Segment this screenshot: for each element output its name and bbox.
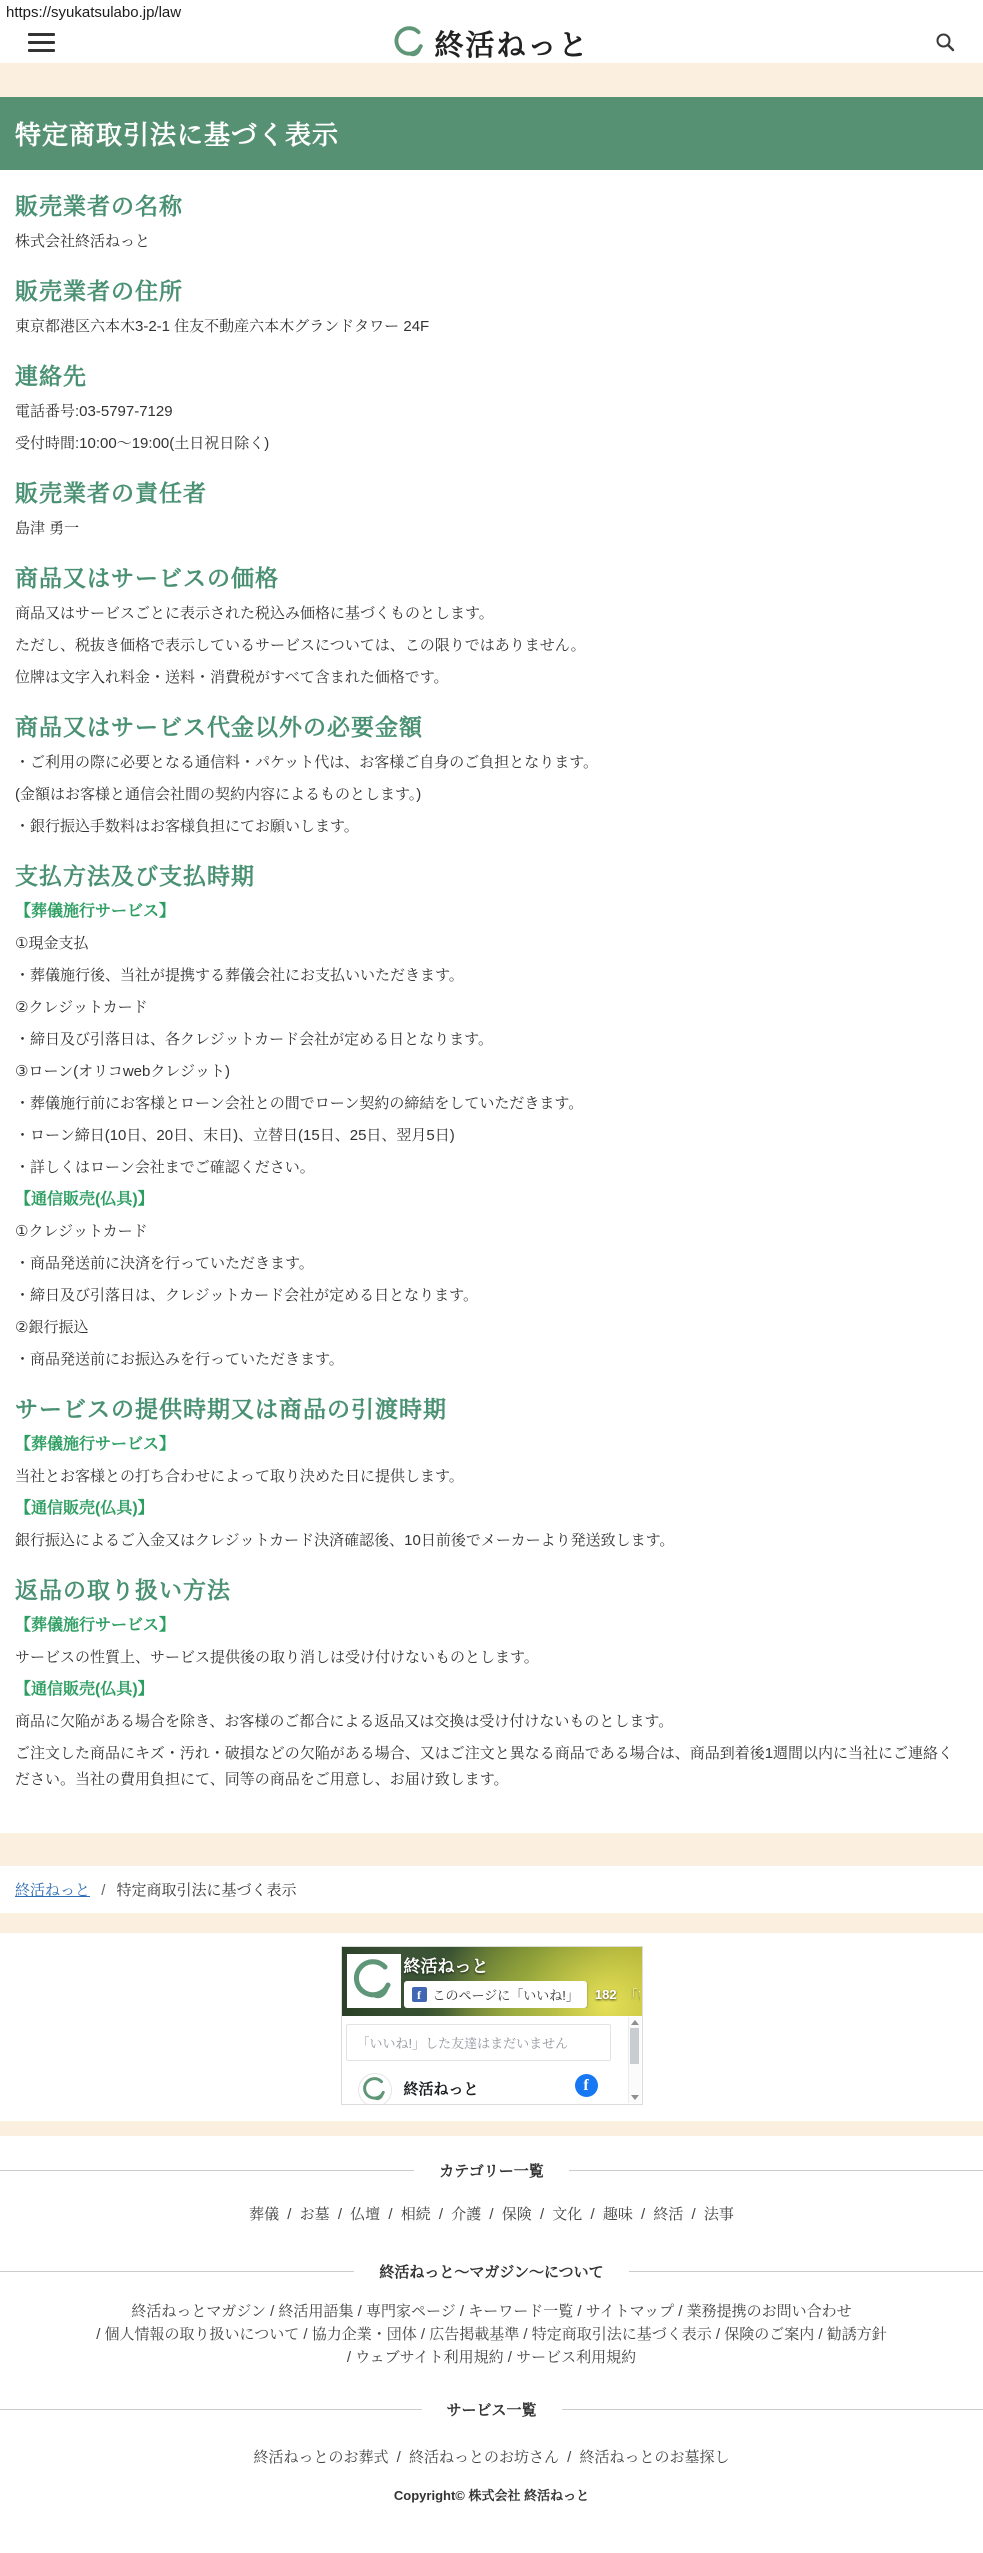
sub-heading: 【通信販売(仏具)】 <box>15 1187 968 1213</box>
body-text: ・締日及び引落日は、クレジットカード会社が定める日となります。 <box>15 1283 968 1309</box>
facebook-mini-avatar <box>358 2073 392 2105</box>
hamburger-icon <box>28 33 55 36</box>
separator: / <box>692 2206 696 2223</box>
footer-category-link[interactable]: お墓 <box>300 2206 330 2223</box>
body-text: 商品に欠陥がある場合を除き、お客様のご都合による返品又は交換は受け付けないものと… <box>15 1709 968 1735</box>
body-text: ・ローン締日(10日、20日、末日)、立替日(15日、25日、翌月5日) <box>15 1123 968 1149</box>
body-text: 商品又はサービスごとに表示された税込み価格に基づくものとします。 <box>15 601 968 627</box>
facebook-page-avatar <box>347 1954 401 2008</box>
divider-line <box>0 2170 414 2171</box>
logo-circle-icon <box>393 26 427 60</box>
site-logo[interactable]: 終活ねっと <box>393 23 589 64</box>
facebook-bottom-row: 終活ねっと f <box>346 2069 642 2105</box>
section-heading: 返品の取り扱い方法 <box>15 1575 968 1605</box>
body-text: ②銀行振込 <box>15 1315 968 1341</box>
footer-category-link[interactable]: 法事 <box>704 2206 734 2223</box>
separator: / <box>590 2206 594 2223</box>
section-heading: 販売業者の責任者 <box>15 478 968 508</box>
body-text: 位牌は文字入れ料金・送料・消費税がすべて含まれた価格です。 <box>15 665 968 691</box>
body-text: ・商品発送前にお振込みを行っていただきます。 <box>15 1347 968 1373</box>
logo-text: 終活ねっと <box>434 23 589 64</box>
logo-circle-icon <box>352 1959 396 2003</box>
footer-categories-row: 葬儀 / お墓 / 仏壇 / 相続 / 介護 / 保険 / 文化 / 趣味 / … <box>0 2203 983 2224</box>
footer-category-link[interactable]: 終活 <box>653 2206 683 2223</box>
body-text: ・詳しくはローン会社までご確認ください。 <box>15 1155 968 1181</box>
page-url-caption: https://syukatsulabo.jp/law <box>0 0 983 23</box>
body-text: ご注文した商品にキズ・汚れ・破損などの欠陥がある場合、又はご注文と異なる商品であ… <box>15 1741 968 1793</box>
divider-line <box>569 2170 983 2171</box>
facebook-like-count: 182 <box>595 1987 617 2002</box>
footer-magazine-title: 終活ねっと〜マガジン〜について <box>354 2261 628 2282</box>
cream-strip-above-breadcrumb <box>0 1833 983 1866</box>
facebook-like-row: f このページに「いいね!」 182 「い <box>404 1981 640 2008</box>
footer-category-link[interactable]: 仏壇 <box>350 2206 380 2223</box>
facebook-round-icon[interactable]: f <box>575 2074 598 2097</box>
footer-magazine-line[interactable]: / 個人情報の取り扱いについて / 協力企業・団体 / 広告掲載基準 / 特定商… <box>27 2323 957 2346</box>
section-heading: 商品又はサービスの価格 <box>15 563 968 593</box>
body-text: 電話番号:03-5797-7129 <box>15 399 968 425</box>
hamburger-icon <box>28 49 55 52</box>
facebook-no-friends-box: 「いいね!」した友達はまだいません <box>346 2024 611 2061</box>
body-text: 株式会社終活ねっと <box>15 229 968 255</box>
breadcrumb: 終活ねっと / 特定商取引法に基づく表示 <box>0 1866 983 1913</box>
body-text: ③ローン(オリコwebクレジット) <box>15 1059 968 1085</box>
facebook-like-button[interactable]: f このページに「いいね!」 <box>404 1981 587 2008</box>
facebook-plugin-wrapper: 終活ねっと f このページに「いいね!」 182 「い 「いいね!」した友達はま… <box>0 1933 983 2105</box>
hamburger-icon <box>28 41 55 44</box>
facebook-f-icon: f <box>412 1987 427 2002</box>
body-text: 受付時間:10:00〜19:00(土日祝日除く) <box>15 431 968 457</box>
breadcrumb-current: 特定商取引法に基づく表示 <box>117 1882 297 1899</box>
scrollbar-up-arrow-icon[interactable] <box>631 2020 639 2025</box>
footer-category-link[interactable]: 文化 <box>552 2206 582 2223</box>
footer-magazine-line[interactable]: / ウェブサイト利用規約 / サービス利用規約 <box>27 2346 957 2369</box>
site-header: 終活ねっと <box>0 23 983 63</box>
separator: / <box>489 2206 493 2223</box>
facebook-like-count-suffix: 「い <box>625 1985 640 2004</box>
separator: / <box>540 2206 544 2223</box>
separator: / <box>439 2206 443 2223</box>
sub-heading: 【葬儀施行サービス】 <box>15 1613 968 1639</box>
footer-category-link[interactable]: 介護 <box>451 2206 481 2223</box>
sub-heading: 【葬儀施行サービス】 <box>15 899 968 925</box>
footer-category-link[interactable]: 相続 <box>401 2206 431 2223</box>
section-heading: 販売業者の名称 <box>15 191 968 221</box>
footer-service-link[interactable]: 終活ねっとのお坊さん <box>409 2449 559 2466</box>
facebook-page-name[interactable]: 終活ねっと <box>404 1952 489 1977</box>
facebook-like-label: このページに「いいね!」 <box>433 1985 579 2004</box>
footer-service-link[interactable]: 終活ねっとのお葬式 <box>253 2449 388 2466</box>
section-heading: 連絡先 <box>15 361 968 391</box>
copyright-notice: Copyright© 株式会社 終活ねっと <box>0 2485 983 2504</box>
page-title: 特定商取引法に基づく表示 <box>15 115 339 152</box>
footer-category-link[interactable]: 趣味 <box>603 2206 633 2223</box>
logo-circle-icon <box>362 2077 388 2103</box>
footer-services-row: 終活ねっとのお葬式 / 終活ねっとのお坊さん / 終活ねっとのお墓探し <box>0 2446 983 2467</box>
footer-categories-title: カテゴリー一覧 <box>414 2160 568 2181</box>
facebook-scrollbar[interactable] <box>628 2017 641 2103</box>
page: https://syukatsulabo.jp/law 終活ねっと <box>0 0 983 2553</box>
body-text: ①クレジットカード <box>15 1219 968 1245</box>
body-text: 銀行振込によるご入金又はクレジットカード決済確認後、10日前後でメーカーより発送… <box>15 1528 968 1554</box>
body-text: ・商品発送前に決済を行っていただきます。 <box>15 1251 968 1277</box>
content-sections: 販売業者の名称株式会社終活ねっと販売業者の住所東京都港区六本木3-2-1 住友不… <box>0 191 983 1833</box>
body-text: サービスの性質上、サービス提供後の取り消しは受け付けないものとします。 <box>15 1645 968 1671</box>
footer-magazine-lines: 終活ねっとマガジン / 終活用語集 / 専門家ページ / キーワード一覧 / サ… <box>27 2300 957 2369</box>
footer-services-title: サービス一覧 <box>422 2399 562 2420</box>
body-text: ①現金支払 <box>15 931 968 957</box>
footer-magazine-line[interactable]: 終活ねっとマガジン / 終活用語集 / 専門家ページ / キーワード一覧 / サ… <box>27 2300 957 2323</box>
separator: / <box>397 2449 401 2466</box>
body-text: ・ご利用の際に必要となる通信料・パケット代は、お客様ご自身のご負担となります。 <box>15 750 968 776</box>
breadcrumb-home-link[interactable]: 終活ねっと <box>15 1882 90 1899</box>
body-text: ・締日及び引落日は、各クレジットカード会社が定める日となります。 <box>15 1027 968 1053</box>
footer-magazine-heading: 終活ねっと〜マガジン〜について <box>0 2261 983 2282</box>
section-heading: 販売業者の住所 <box>15 276 968 306</box>
scrollbar-down-arrow-icon[interactable] <box>631 2095 639 2100</box>
divider-line <box>0 2409 422 2410</box>
facebook-bottom-page-name[interactable]: 終活ねっと <box>404 2078 479 2099</box>
divider-line <box>629 2271 983 2272</box>
body-text: ・銀行振込手数料はお客様負担にてお願いします。 <box>15 814 968 840</box>
footer-service-link[interactable]: 終活ねっとのお墓探し <box>580 2449 730 2466</box>
section-heading: 支払方法及び支払時期 <box>15 861 968 891</box>
body-text: ただし、税抜き価格で表示しているサービスについては、この限りではありません。 <box>15 633 968 659</box>
separator: / <box>287 2206 291 2223</box>
separator: / <box>338 2206 342 2223</box>
body-text: ・葬儀施行後、当社が提携する葬儀会社にお支払いいただきます。 <box>15 963 968 989</box>
sub-heading: 【通信販売(仏具)】 <box>15 1496 968 1522</box>
search-icon <box>933 42 957 59</box>
separator: / <box>641 2206 645 2223</box>
facebook-cover-photo: 終活ねっと f このページに「いいね!」 182 「い <box>342 1947 642 2016</box>
separator: / <box>388 2206 392 2223</box>
search-button[interactable] <box>933 31 957 55</box>
page-title-banner: 特定商取引法に基づく表示 <box>0 97 983 170</box>
sub-heading: 【通信販売(仏具)】 <box>15 1677 968 1703</box>
facebook-page-plugin: 終活ねっと f このページに「いいね!」 182 「い 「いいね!」した友達はま… <box>341 1946 643 2105</box>
breadcrumb-separator: / <box>101 1882 105 1899</box>
cream-strip-below-breadcrumb <box>0 1913 983 1933</box>
section-heading: 商品又はサービス代金以外の必要金額 <box>15 712 968 742</box>
footer-services-heading: サービス一覧 <box>0 2399 983 2420</box>
sub-heading: 【葬儀施行サービス】 <box>15 1432 968 1458</box>
body-text: 当社とお客様との打ち合わせによって取り決めた日に提供します。 <box>15 1464 968 1490</box>
divider-line <box>0 2271 354 2272</box>
separator: / <box>567 2449 571 2466</box>
body-text: ②クレジットカード <box>15 995 968 1021</box>
menu-button[interactable] <box>28 33 55 52</box>
footer: カテゴリー一覧 葬儀 / お墓 / 仏壇 / 相続 / 介護 / 保険 / 文化… <box>0 2136 983 2529</box>
footer-category-link[interactable]: 葬儀 <box>249 2206 279 2223</box>
section-heading: サービスの提供時期又は商品の引渡時期 <box>15 1394 968 1424</box>
footer-categories-heading: カテゴリー一覧 <box>0 2160 983 2181</box>
body-text: (金額はお客様と通信会社間の契約内容によるものとします。) <box>15 782 968 808</box>
cream-strip-top <box>0 63 983 97</box>
body-text: ・葬儀施行前にお客様とローン会社との間でローン契約の締結をしていただきます。 <box>15 1091 968 1117</box>
footer-category-link[interactable]: 保険 <box>502 2206 532 2223</box>
divider-line <box>562 2409 983 2410</box>
body-text: 島津 勇一 <box>15 516 968 542</box>
scrollbar-thumb[interactable] <box>630 2028 639 2064</box>
body-text: 東京都港区六本木3-2-1 住友不動産六本木グランドタワー 24F <box>15 314 968 340</box>
cream-strip-above-footer <box>0 2121 983 2136</box>
